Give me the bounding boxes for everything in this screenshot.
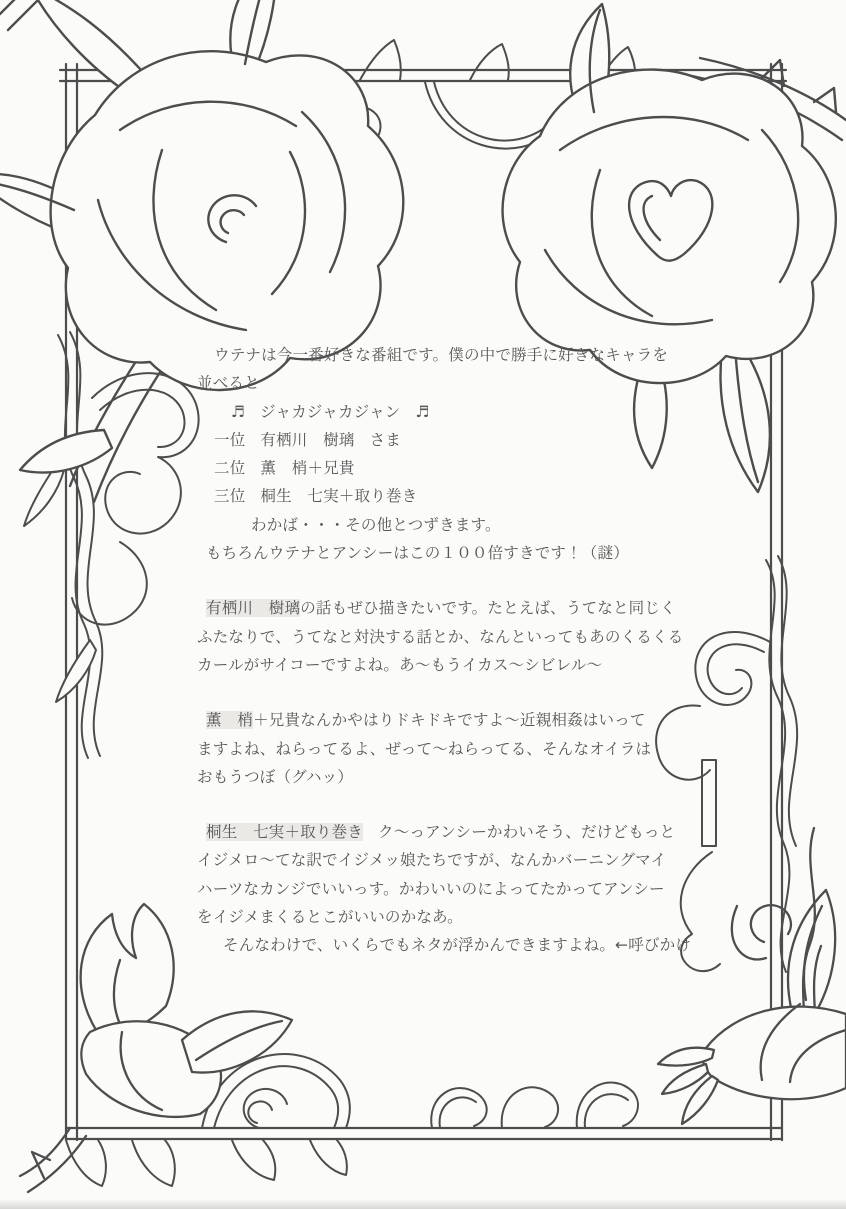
ranking-line-first: 一位有栖川 樹璃さま [197, 426, 709, 454]
afterword-text: ウテナは今一番好きな番組です。僕の中で勝手に好きなキャラを 並べると ♬ジャカジ… [197, 341, 709, 960]
paragraph-lead-line: 有栖川 樹璃の話もぜひ描きたいです。たとえば、うてなと同じく [197, 594, 709, 622]
scanned-doujinshi-page: ウテナは今一番好きな番組です。僕の中で勝手に好きなキャラを 並べると ♬ジャカジ… [0, 0, 846, 1209]
paragraph-line: イジメロ～てな訳でイジメッ娘たちですが、なんかバーニングマイ [197, 846, 709, 874]
rank-label: 一位 [214, 431, 245, 449]
intro-line-2: 並べると [197, 369, 709, 397]
music-note-icon: ♬ [415, 403, 429, 421]
character-name: 薫 梢＋兄貴 [260, 459, 354, 477]
nanami-paragraph: 桐生 七実＋取り巻きク～っアンシーかわいそう、だけどもっと イジメロ～てな訳でイ… [197, 818, 709, 959]
character-name: 薫 梢 [206, 711, 253, 729]
rank-label: 二位 [214, 459, 245, 477]
kozue-paragraph: 薫 梢＋兄貴なんかやはりドキドキですよ～近親相姦はいって ますよね、ねらってるよ… [197, 706, 709, 791]
left-vine-ornament [24, 332, 199, 758]
paragraph-line: ますよね、ねらってるよ、ぜって～ねらってる、そんなオイラは [197, 735, 709, 763]
ranking-note-line: わかば・・・その他とつずきます。 [197, 511, 709, 539]
character-name: 桐生 七実＋取り巻き [206, 823, 363, 841]
fanfare-line: ♬ジャカジャカジャン♬ [197, 398, 709, 426]
rank-label: 三位 [214, 487, 245, 505]
ranking-block: ウテナは今一番好きな番組です。僕の中で勝手に好きなキャラを 並べると ♬ジャカジ… [197, 341, 709, 567]
juri-paragraph: 有栖川 樹璃の話もぜひ描きたいです。たとえば、うてなと同じく ふたなりで、うてな… [197, 594, 709, 679]
paragraph-line: ふたなりで、うてなと対決する話とか、なんといってもあのくるくる [197, 623, 709, 651]
character-name: 有栖川 樹璃 [260, 431, 354, 449]
ranking-followup-line: もちろんウテナとアンシーはこの１００倍すきです！（謎） [197, 539, 709, 567]
fanfare-text: ジャカジャカジャン [260, 403, 400, 421]
ranking-line-second: 二位薫 梢＋兄貴 [197, 454, 709, 482]
paragraph-line: ハーツなカンジでいいっす。かわいいのによってたかってアンシー [197, 875, 709, 903]
character-name: 桐生 七実＋取り巻き [260, 487, 417, 505]
character-name: 有栖川 樹璃 [206, 599, 300, 617]
paragraph-line: をイジメまくるとこがいいのかなあ。 [197, 903, 709, 931]
honorific: さま [370, 431, 401, 449]
closing-line: そんなわけで、いくらでもネタが浮かんできますよね。←呼びかけ [197, 931, 709, 959]
intro-line-1: ウテナは今一番好きな番組です。僕の中で勝手に好きなキャラを [197, 341, 709, 369]
paragraph-lead-line: 桐生 七実＋取り巻きク～っアンシーかわいそう、だけどもっと [197, 818, 709, 846]
paragraph-lead-line: 薫 梢＋兄貴なんかやはりドキドキですよ～近親相姦はいって [197, 706, 709, 734]
paragraph-line: おもうつぼ（グハッ） [197, 763, 709, 791]
ranking-line-third: 三位桐生 七実＋取り巻き [197, 482, 709, 510]
music-note-icon: ♬ [231, 403, 245, 421]
paragraph-line: カールがサイコーですよね。あ～もうイカス～シビレル～ [197, 651, 709, 679]
